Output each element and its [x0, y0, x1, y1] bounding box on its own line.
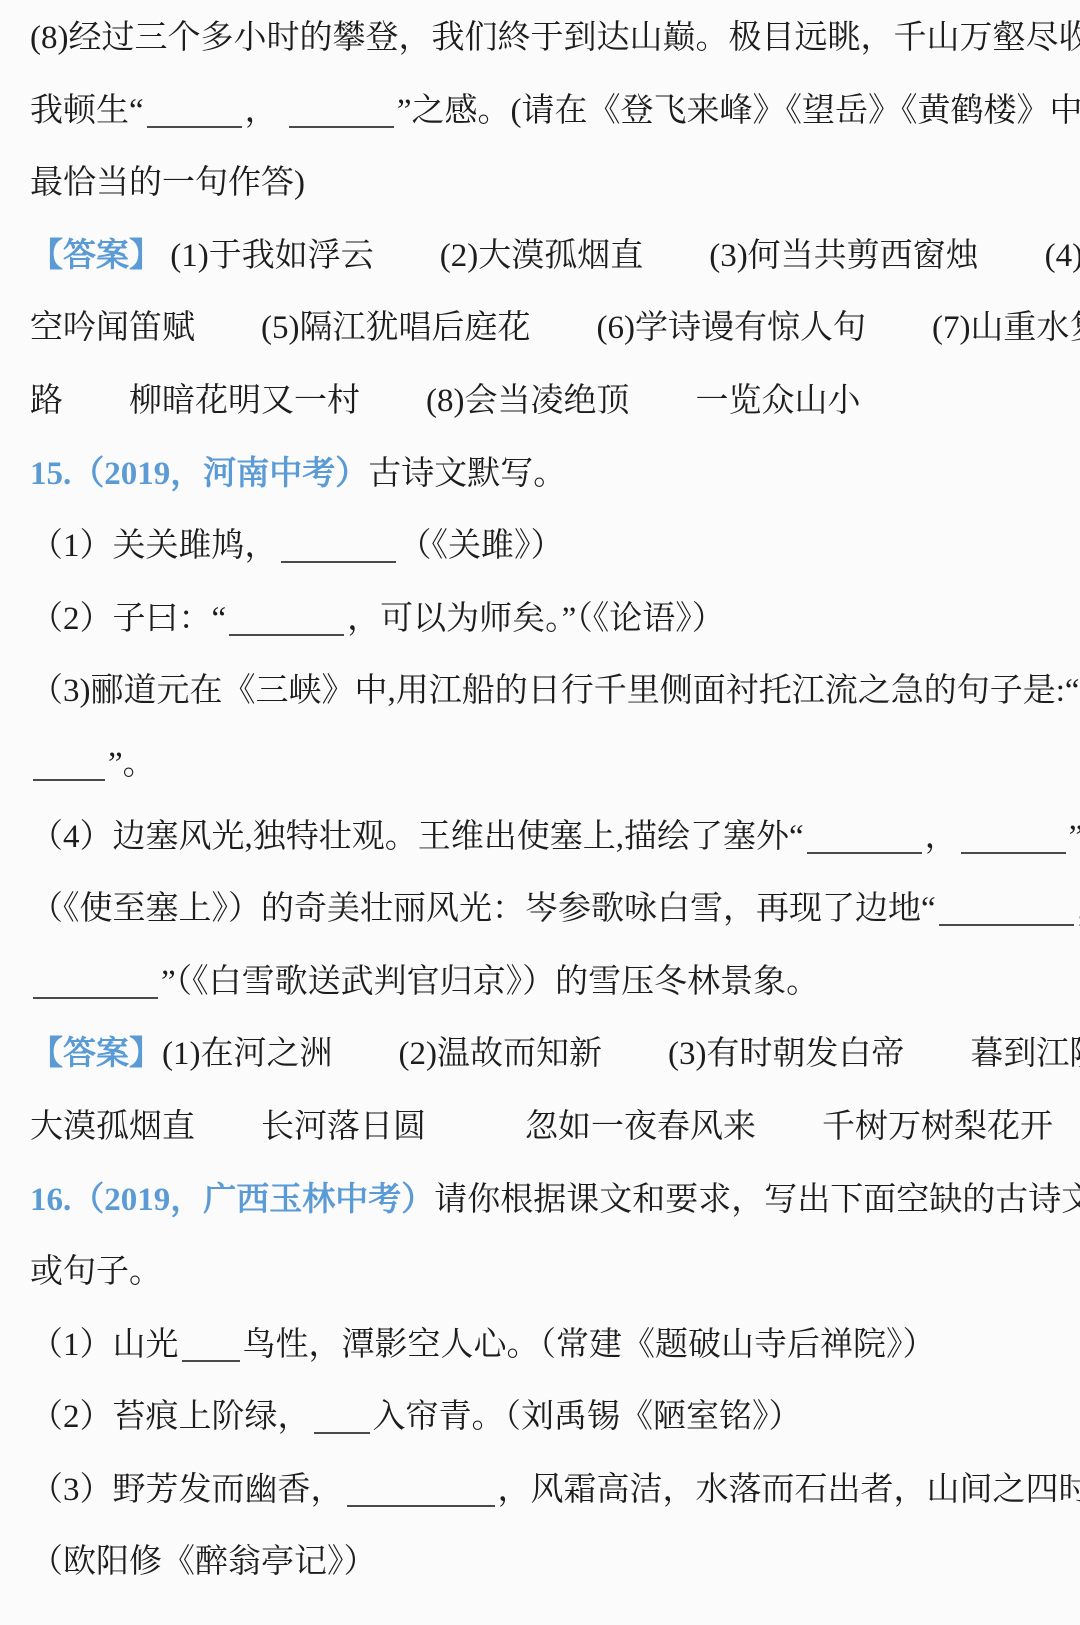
answer-line: 路 柳暗花明又一村 (8)会当凌绝顶 一览众山小 — [30, 365, 1064, 438]
fill-in-blank-underline — [33, 964, 158, 999]
answer-line: 大漠孤烟直 长河落日圆 忽如一夜春风来 千树万树梨花开 — [30, 1091, 1064, 1164]
text-run: ， — [925, 819, 958, 855]
text-run: ”之感。(请在《登飞来峰》《望岳》《黄鹤楼》中选取 — [397, 93, 1080, 129]
text-run: 鸟性，潭影空人心。（常建《题破山寺后禅院》） — [243, 1327, 936, 1363]
text-run: 古诗文默写。 — [368, 456, 566, 492]
question-heading-line: 16.（2019，广西玉林中考）请你根据课文和要求，写出下面空缺的古诗文词语 — [30, 1164, 1064, 1237]
fill-in-blank-underline — [281, 528, 396, 563]
text-line: ”（《白雪歌送武判官归京》）的雪压冬林景象。 — [30, 946, 1064, 1019]
answer-label: 【答案】 — [30, 1036, 162, 1072]
worksheet-page: (8)经过三个多小时的攀登，我们終于到达山巅。极目远眺，千山万壑尽收眼底，我顿生… — [0, 0, 1080, 1625]
fill-in-blank-underline — [347, 1472, 495, 1507]
text-run: （2）子曰：“ — [30, 601, 226, 637]
text-line: （4）边塞风光,独特壮观。王维出使塞上,描绘了塞外“，” — [30, 801, 1064, 874]
text-line: （2）子曰：“，可以为师矣。”（《论语》） — [30, 583, 1064, 656]
fill-in-blank-underline — [289, 93, 394, 128]
fill-in-blank-underline — [229, 601, 344, 636]
text-run: (1)于我如浮云 (2)大漠孤烟直 (3)何当共剪西窗烛 (4)怀旧 — [162, 238, 1080, 274]
answer-label: 【答案】 — [30, 238, 162, 274]
text-line: （《使至塞上》）的奇美壮丽风光：岑参歌咏白雪，再现了边地“， — [30, 873, 1064, 946]
text-line: （3）野芳发而幽香，，风霜高洁，水落而石出者，山间之四时也。 — [30, 1454, 1064, 1527]
text-run: 最恰当的一句作答) — [30, 165, 305, 201]
question-number-label: 15.（2019，河南中考） — [30, 456, 368, 492]
fill-in-blank-underline — [147, 93, 242, 128]
text-run: ， — [245, 93, 286, 129]
text-run: ，风霜高洁，水落而石出者，山间之四时也。 — [498, 1472, 1080, 1508]
text-run: 大漠孤烟直 长河落日圆 忽如一夜春风来 千树万树梨花开 — [30, 1109, 1053, 1145]
text-run: 路 柳暗花明又一村 (8)会当凌绝顶 一览众山小 — [30, 383, 860, 419]
text-run: （3）野芳发而幽香， — [30, 1472, 344, 1508]
text-run: （4）边塞风光,独特壮观。王维出使塞上,描绘了塞外“ — [30, 819, 804, 855]
text-run: 或句子。 — [30, 1254, 162, 1290]
fill-in-blank-underline — [807, 819, 922, 854]
text-run: （欧阳修《醉翁亭记》） — [30, 1544, 377, 1580]
text-run: ”。 — [108, 746, 156, 782]
text-run: 请你根据课文和要求，写出下面空缺的古诗文词语 — [434, 1182, 1080, 1218]
text-run: 入帘青。（刘禹锡《陋室铭》） — [373, 1399, 802, 1435]
text-run: ” — [1069, 819, 1080, 855]
text-line: （2）苔痕上阶绿，入帘青。（刘禹锡《陋室铭》） — [30, 1381, 1064, 1454]
text-run: 空吟闻笛赋 (5)隔江犹唱后庭花 (6)学诗谩有惊人句 (7)山重水复疑无 — [30, 310, 1080, 346]
text-run: ， — [1077, 891, 1080, 927]
document-body: (8)经过三个多小时的攀登，我们終于到达山巅。极目远眺，千山万壑尽收眼底，我顿生… — [30, 2, 1064, 1599]
fill-in-blank-underline — [961, 819, 1066, 854]
fill-in-blank-underline — [33, 746, 105, 781]
text-run: ”（《白雪歌送武判官归京》）的雪压冬林景象。 — [161, 964, 819, 1000]
answer-line: 【答案】 (1)于我如浮云 (2)大漠孤烟直 (3)何当共剪西窗烛 (4)怀旧 — [30, 220, 1064, 293]
text-run: (8)经过三个多小时的攀登，我们終于到达山巅。极目远眺，千山万壑尽收眼底， — [30, 20, 1080, 56]
text-line: ”。 — [30, 728, 1064, 801]
text-line: 或句子。 — [30, 1236, 1064, 1309]
text-line: 最恰当的一句作答) — [30, 147, 1064, 220]
text-line: 我顿生“， ”之感。(请在《登飞来峰》《望岳》《黄鹤楼》中选取 — [30, 75, 1064, 148]
answer-line: 【答案】(1)在河之洲 (2)温故而知新 (3)有时朝发白帝 暮到江陵 (4) — [30, 1018, 1064, 1091]
fill-in-blank-underline — [314, 1399, 370, 1434]
text-run: （《使至塞上》）的奇美壮丽风光：岑参歌咏白雪，再现了边地“ — [30, 891, 936, 927]
text-run: ，可以为师矣。”（《论语》） — [347, 601, 725, 637]
text-line: （3)郦道元在《三峡》中,用江船的日行千里侧面衬托江流之急的句子是:“， — [30, 655, 1064, 728]
text-run: （3)郦道元在《三峡》中,用江船的日行千里侧面衬托江流之急的句子是:“ — [30, 673, 1080, 709]
question-number-label: 16.（2019，广西玉林中考） — [30, 1182, 434, 1218]
text-line: （1）关关雎鸠，（《关雎》） — [30, 510, 1064, 583]
text-run: （1）关关雎鸠， — [30, 528, 278, 564]
text-run: （2）苔痕上阶绿， — [30, 1399, 311, 1435]
text-line: （欧阳修《醉翁亭记》） — [30, 1526, 1064, 1599]
text-run: （1）山光 — [30, 1327, 179, 1363]
fill-in-blank-underline — [939, 891, 1074, 926]
text-line: (8)经过三个多小时的攀登，我们終于到达山巅。极目远眺，千山万壑尽收眼底， — [30, 2, 1064, 75]
text-run: （《关雎》） — [399, 528, 564, 564]
text-run: 我顿生“ — [30, 93, 144, 129]
answer-line: 空吟闻笛赋 (5)隔江犹唱后庭花 (6)学诗谩有惊人句 (7)山重水复疑无 — [30, 292, 1064, 365]
text-run: (1)在河之洲 (2)温故而知新 (3)有时朝发白帝 暮到江陵 (4) — [162, 1036, 1080, 1072]
question-heading-line: 15.（2019，河南中考）古诗文默写。 — [30, 438, 1064, 511]
fill-in-blank-underline — [182, 1327, 240, 1362]
text-line: （1）山光鸟性，潭影空人心。（常建《题破山寺后禅院》） — [30, 1309, 1064, 1382]
